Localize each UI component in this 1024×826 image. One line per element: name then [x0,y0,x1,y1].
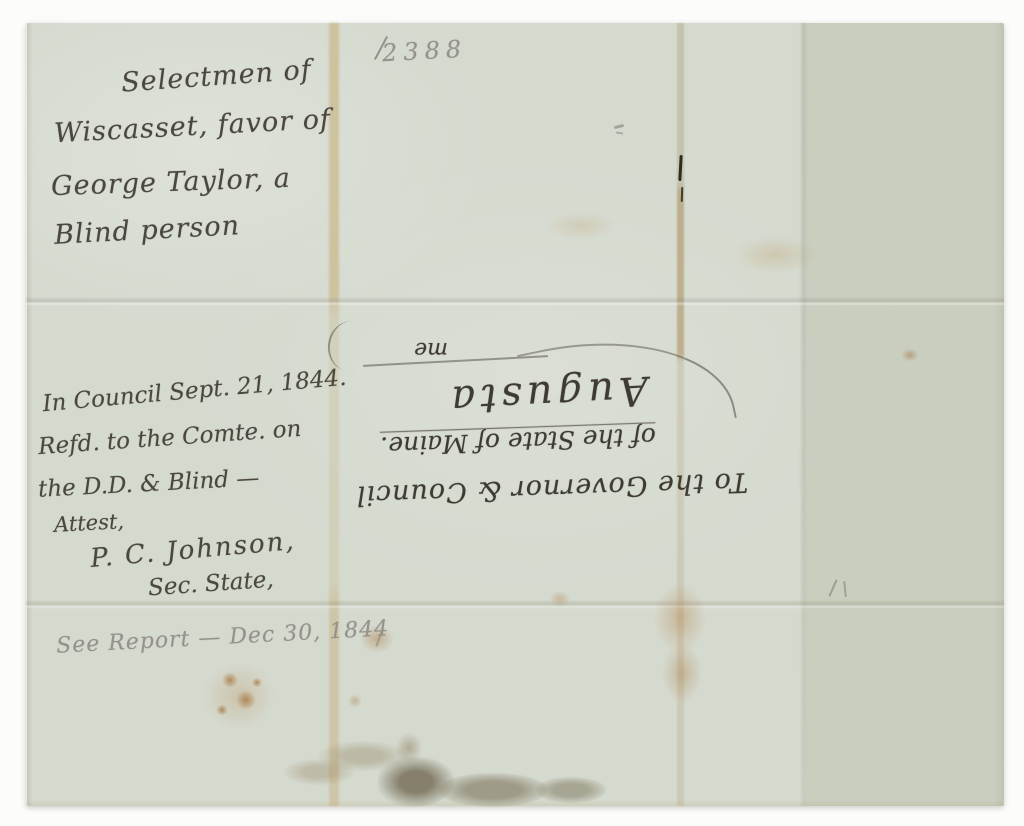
stain-mid-dot [550,591,570,607]
address-block-rotated: To the Governor & Council of the State o… [326,305,756,510]
stain-fold-blob-lower [662,643,702,703]
attestation-label: Attest, [53,509,124,537]
flourish-paren [325,318,360,371]
stain-large-bottom [278,733,608,811]
stain-blob [396,733,422,763]
docket-line: Blind person [53,210,240,251]
stain-faint-upper-center [544,211,618,241]
stain-blob [536,777,606,803]
docket-line: Wiscasset, favor of [53,104,331,149]
fold-crease-horizontal-upper [26,297,1004,305]
stain-speck [222,673,238,687]
docket-line: George Taylor, a [51,163,292,202]
penciled-number: 2388 [381,35,467,67]
council-note-line: the D.D. & Blind — [37,465,259,503]
docket-line: Selectmen of [120,54,313,98]
fold-crease-horizontal-lower [26,600,1004,608]
stain-speck [216,705,228,715]
stain-blob [284,759,354,785]
address-line: To the Governor & Council [355,466,748,511]
council-note-line: Refd. to the Comte. on [37,416,302,460]
pencil-stray-mark [614,124,624,129]
pencil-stray-mark [616,132,623,135]
pencil-stray-mark [843,581,847,597]
document-scan: Selectmen of Wiscasset, favor of George … [0,0,1024,826]
address-line: me [414,337,448,362]
stain-blob [438,773,548,807]
council-note-line: In Council Sept. 21, 1844. [41,365,347,417]
stain-speck [236,691,256,709]
fold-crease-vertical-right [801,23,806,806]
flourish-swash [517,313,737,460]
pencil-stray-mark [828,579,837,596]
pencil-note: See Report — Dec 30, 1844 [56,616,390,658]
penciled-number-struck-digit: 8 [445,35,468,64]
stain-tiny [348,695,362,707]
penciled-number-main: 238 [381,36,446,67]
stain-speck [252,678,262,687]
stain-faint-upper-right [732,235,818,275]
attestation-title: Sec. State, [147,567,274,602]
stain-dot-right [902,349,918,361]
paper-sheet: Selectmen of Wiscasset, favor of George … [26,23,1004,806]
